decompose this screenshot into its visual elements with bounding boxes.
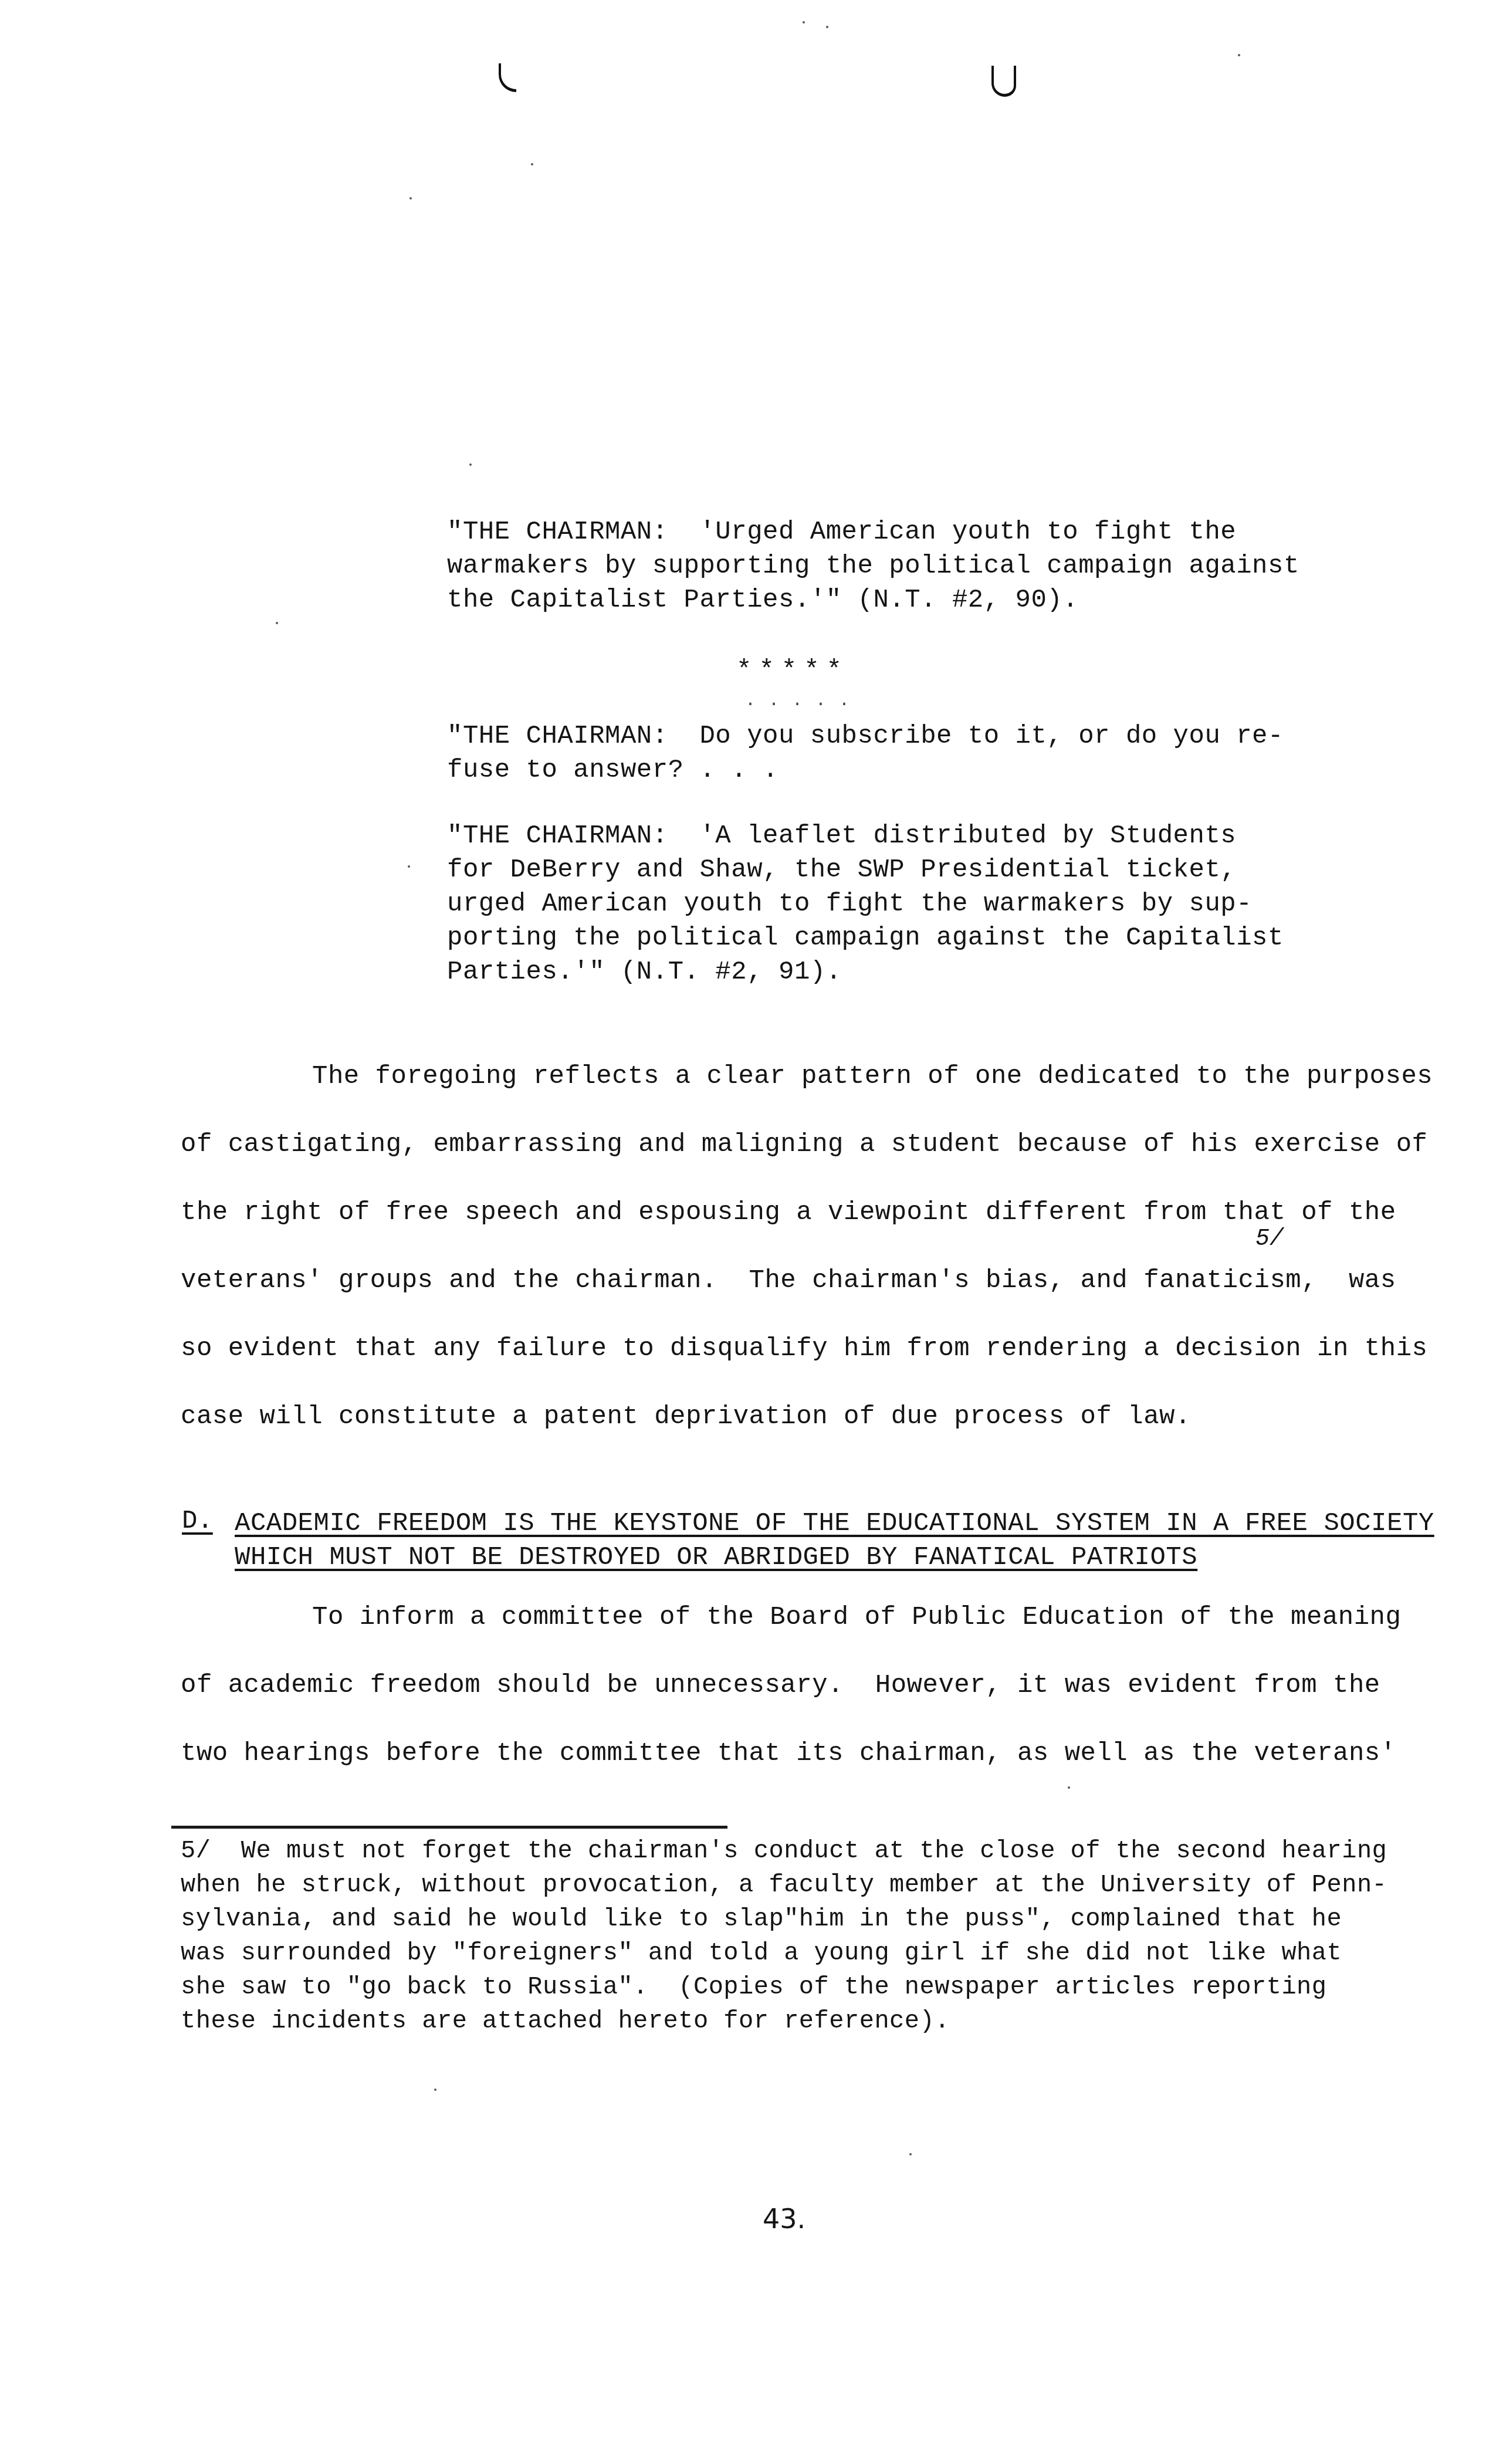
quote-line: fuse to answer? . . .: [447, 753, 779, 787]
footnote-line: was surrounded by "foreigners" and told …: [181, 1936, 1342, 1970]
footnote-line: sylvania, and said he would like to slap…: [181, 1902, 1342, 1936]
footnote-line: 5/ We must not forget the chairman's con…: [181, 1834, 1387, 1868]
punch-hole-mark-left: [499, 63, 516, 92]
footnote-line: when he struck, without provocation, a f…: [181, 1868, 1387, 1902]
scan-speck: [408, 865, 410, 868]
paragraph-line: so evident that any failure to disqualif…: [181, 1332, 1427, 1366]
footnote-line: she saw to "go back to Russia". (Copies …: [181, 1970, 1327, 2004]
scan-speck: [531, 163, 533, 165]
footnote-line: these incidents are attached hereto for …: [181, 2004, 950, 2038]
scan-speck: [909, 2153, 912, 2155]
footnote-reference: 5/: [1255, 1226, 1284, 1253]
scan-speck: [826, 26, 828, 28]
scan-speck: [469, 463, 472, 466]
quote-line: warmakers by supporting the political ca…: [447, 549, 1299, 583]
page-number: 43.: [763, 2203, 805, 2235]
paragraph-line: case will constitute a patent deprivatio…: [181, 1400, 1191, 1434]
paragraph-line: veterans' groups and the chairman. The c…: [181, 1264, 1396, 1298]
quote-line: "THE CHAIRMAN: 'Urged American youth to …: [447, 515, 1236, 549]
footnote-divider: [171, 1826, 727, 1829]
scan-speck: [1068, 1786, 1070, 1789]
heading-line: ACADEMIC FREEDOM IS THE KEYSTONE OF THE …: [235, 1507, 1434, 1541]
punch-hole-mark-right: [991, 66, 1016, 97]
quote-line: urged American youth to fight the warmak…: [447, 887, 1252, 921]
section-letter: D.: [182, 1507, 213, 1536]
paragraph-line: The foregoing reflects a clear pattern o…: [312, 1060, 1433, 1094]
scan-speck: [276, 622, 278, 624]
quote-line: the Capitalist Parties.'" (N.T. #2, 90).: [447, 583, 1078, 617]
quote-line: "THE CHAIRMAN: Do you subscribe to it, o…: [447, 719, 1284, 753]
paragraph-line: of academic freedom should be unnecessar…: [181, 1668, 1380, 1703]
quote-line: for DeBerry and Shaw, the SWP Presidenti…: [447, 853, 1236, 887]
scan-speck: [803, 21, 805, 23]
scan-speck: [409, 197, 412, 199]
quote-line: "THE CHAIRMAN: 'A leaflet distributed by…: [447, 819, 1236, 853]
quote-line: porting the political campaign against t…: [447, 921, 1284, 955]
scan-speck: [1238, 54, 1240, 56]
heading-line: WHICH MUST NOT BE DESTROYED OR ABRIDGED …: [235, 1541, 1197, 1575]
paragraph-line: of castigating, embarrassing and maligni…: [181, 1128, 1427, 1162]
paragraph-line: To inform a committee of the Board of Pu…: [312, 1600, 1401, 1634]
separator-dots: .....: [745, 691, 862, 711]
scan-speck: [434, 2089, 436, 2091]
quote-line: Parties.'" (N.T. #2, 91).: [447, 955, 842, 989]
paragraph-line: two hearings before the committee that i…: [181, 1737, 1396, 1771]
document-page: "THE CHAIRMAN: 'Urged American youth to …: [0, 0, 1496, 2464]
separator-stars: *****: [736, 656, 849, 685]
paragraph-line: the right of free speech and espousing a…: [181, 1196, 1396, 1230]
